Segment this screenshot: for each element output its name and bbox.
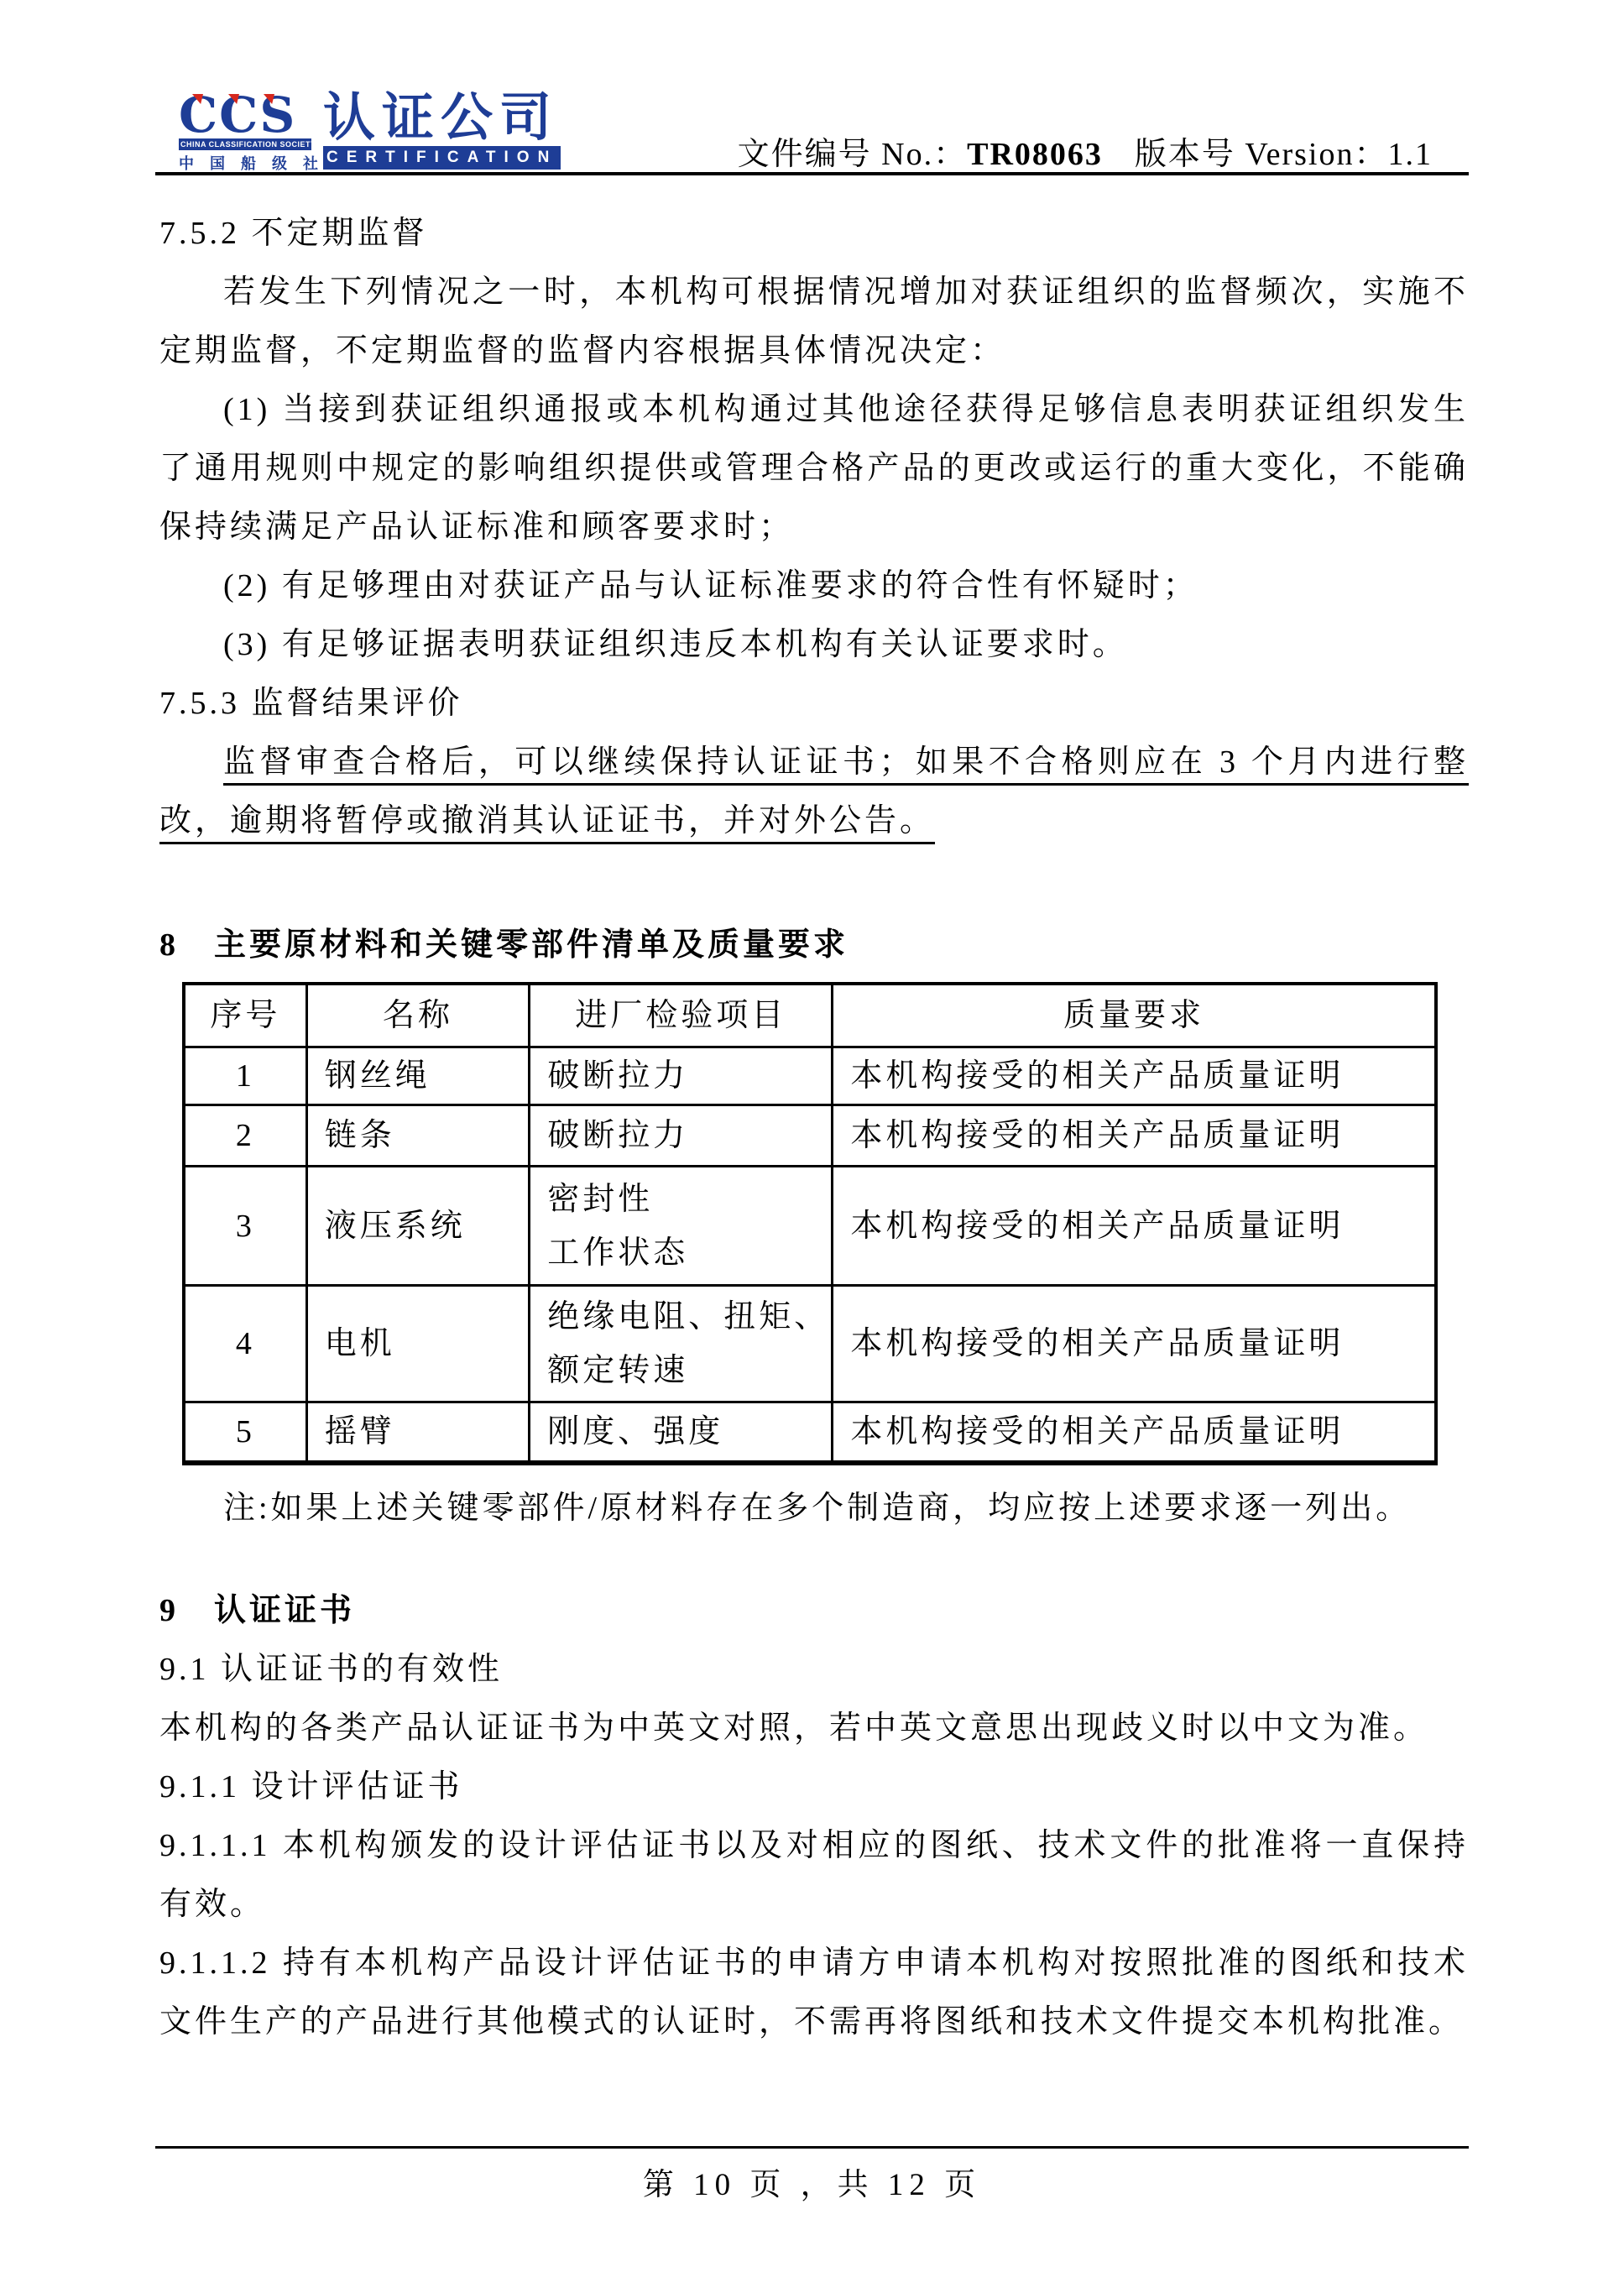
section-753-heading: 7.5.3 监督结果评价 <box>159 674 1469 733</box>
table-cell: 破断拉力 <box>530 1047 833 1105</box>
table-cell: 本机构接受的相关产品质量证明 <box>833 1105 1436 1167</box>
table-cell: 摇臂 <box>306 1402 530 1463</box>
section-752-heading: 7.5.2 不定期监督 <box>159 204 1469 263</box>
section-91-paragraph: 本机构的各类产品认证证书为中英文对照，若中英文意思出现歧义时以中文为准。 <box>159 1699 1469 1757</box>
doc-number-value: TR08063 <box>967 137 1103 172</box>
table-cell: 破断拉力 <box>530 1105 833 1167</box>
ccs-logo-left: CCS CHINA CLASSIFICATION SOCIETY 中 国 船 级… <box>179 94 311 174</box>
table-cell: 本机构接受的相关产品质量证明 <box>833 1167 1436 1286</box>
table-cell: 1 <box>184 1047 306 1105</box>
page-number: 第 10 页 ，共 12 页 <box>0 2159 1624 2204</box>
table-cell: 5 <box>184 1402 306 1463</box>
classification-society-cn-label: 中 国 船 级 社 <box>179 152 311 174</box>
version-label: 版本号 Version： <box>1135 137 1388 172</box>
table-cell: 密封性 工作状态 <box>530 1167 833 1286</box>
table-row: 3液压系统密封性 工作状态本机构接受的相关产品质量证明 <box>184 1167 1436 1286</box>
header-divider <box>155 172 1469 175</box>
table-cell: 刚度、强度 <box>530 1402 833 1463</box>
certification-en-label: CERTIFICATION <box>323 146 561 170</box>
table-row: 5摇臂刚度、强度本机构接受的相关产品质量证明 <box>184 1402 1436 1463</box>
column-header: 质量要求 <box>833 984 1436 1047</box>
footer-divider <box>155 2146 1469 2149</box>
doc-number-label: 文件编号 No.： <box>738 137 967 172</box>
version-value: 1.1 <box>1388 137 1433 172</box>
document-number-line: 文件编号 No.：TR08063版本号 Version：1.1 <box>738 128 1433 174</box>
list-item-1: (1) 当接到获证组织通报或本机构通过其他途径获得足够信息表明获证组织发生了通用… <box>159 380 1469 556</box>
column-header: 序号 <box>184 984 306 1047</box>
list-item-3: (3) 有足够证据表明获证组织违反本机构有关认证要求时。 <box>159 615 1469 674</box>
table-cell: 3 <box>184 1167 306 1286</box>
section-9112-paragraph: 9.1.1.2 持有本机构产品设计评估证书的申请方申请本机构对按照批准的图纸和技… <box>159 1934 1469 2051</box>
list-item-2: (2) 有足够理由对获证产品与认证标准要求的符合性有怀疑时； <box>159 556 1469 615</box>
column-header: 进厂检验项目 <box>530 984 833 1047</box>
table-cell: 绝缘电阻、扭矩、 额定转速 <box>530 1286 833 1402</box>
section-911-heading: 9.1.1 设计评估证书 <box>159 1757 1469 1816</box>
ccs-logo-letters: CCS <box>179 94 311 136</box>
table-cell: 电机 <box>306 1286 530 1402</box>
section-8-heading: 8 主要原材料和关键零部件清单及质量要求 <box>159 916 1469 974</box>
table-cell: 本机构接受的相关产品质量证明 <box>833 1047 1436 1105</box>
table-cell: 钢丝绳 <box>306 1047 530 1105</box>
ccs-logo: CCS CHINA CLASSIFICATION SOCIETY 中 国 船 级… <box>179 94 561 174</box>
section-9-heading: 9 认证证书 <box>159 1581 1469 1640</box>
table-row: 4电机绝缘电阻、扭矩、 额定转速本机构接受的相关产品质量证明 <box>184 1286 1436 1402</box>
section-91-heading: 9.1 认证证书的有效性 <box>159 1640 1469 1699</box>
section-9111-paragraph: 9.1.1.1 本机构颁发的设计评估证书以及对相应的图纸、技术文件的批准将一直保… <box>159 1816 1469 1934</box>
table-header-row: 序号名称进厂检验项目质量要求 <box>184 984 1436 1047</box>
certification-company-cn-label: 认证公司 <box>323 94 561 143</box>
materials-table: 序号名称进厂检验项目质量要求 1钢丝绳破断拉力本机构接受的相关产品质量证明2链条… <box>182 982 1438 1465</box>
table-cell: 链条 <box>306 1105 530 1167</box>
table-head: 序号名称进厂检验项目质量要求 <box>184 984 1436 1047</box>
table-note: 注:如果上述关键零部件/原材料存在多个制造商，均应按上述要求逐一列出。 <box>159 1479 1469 1538</box>
ccs-logo-right: 认证公司 CERTIFICATION <box>323 94 561 170</box>
table-row: 1钢丝绳破断拉力本机构接受的相关产品质量证明 <box>184 1047 1436 1105</box>
table-body: 1钢丝绳破断拉力本机构接受的相关产品质量证明2链条破断拉力本机构接受的相关产品质… <box>184 1047 1436 1463</box>
section-752-paragraph: 若发生下列情况之一时，本机构可根据情况增加对获证组织的监督频次，实施不定期监督，… <box>159 263 1469 380</box>
table-row: 2链条破断拉力本机构接受的相关产品质量证明 <box>184 1105 1436 1167</box>
table-cell: 本机构接受的相关产品质量证明 <box>833 1286 1436 1402</box>
table-cell: 液压系统 <box>306 1167 530 1286</box>
column-header: 名称 <box>306 984 530 1047</box>
document-body: 7.5.2 不定期监督 若发生下列情况之一时，本机构可根据情况增加对获证组织的监… <box>159 204 1469 2051</box>
table-cell: 4 <box>184 1286 306 1402</box>
document-page: CCS CHINA CLASSIFICATION SOCIETY 中 国 船 级… <box>0 0 1624 2277</box>
table-cell: 本机构接受的相关产品质量证明 <box>833 1402 1436 1463</box>
section-753-paragraph: 监督审查合格后，可以继续保持认证证书；如果不合格则应在 3 个月内进行整改，逾期… <box>159 733 1469 850</box>
table-cell: 2 <box>184 1105 306 1167</box>
